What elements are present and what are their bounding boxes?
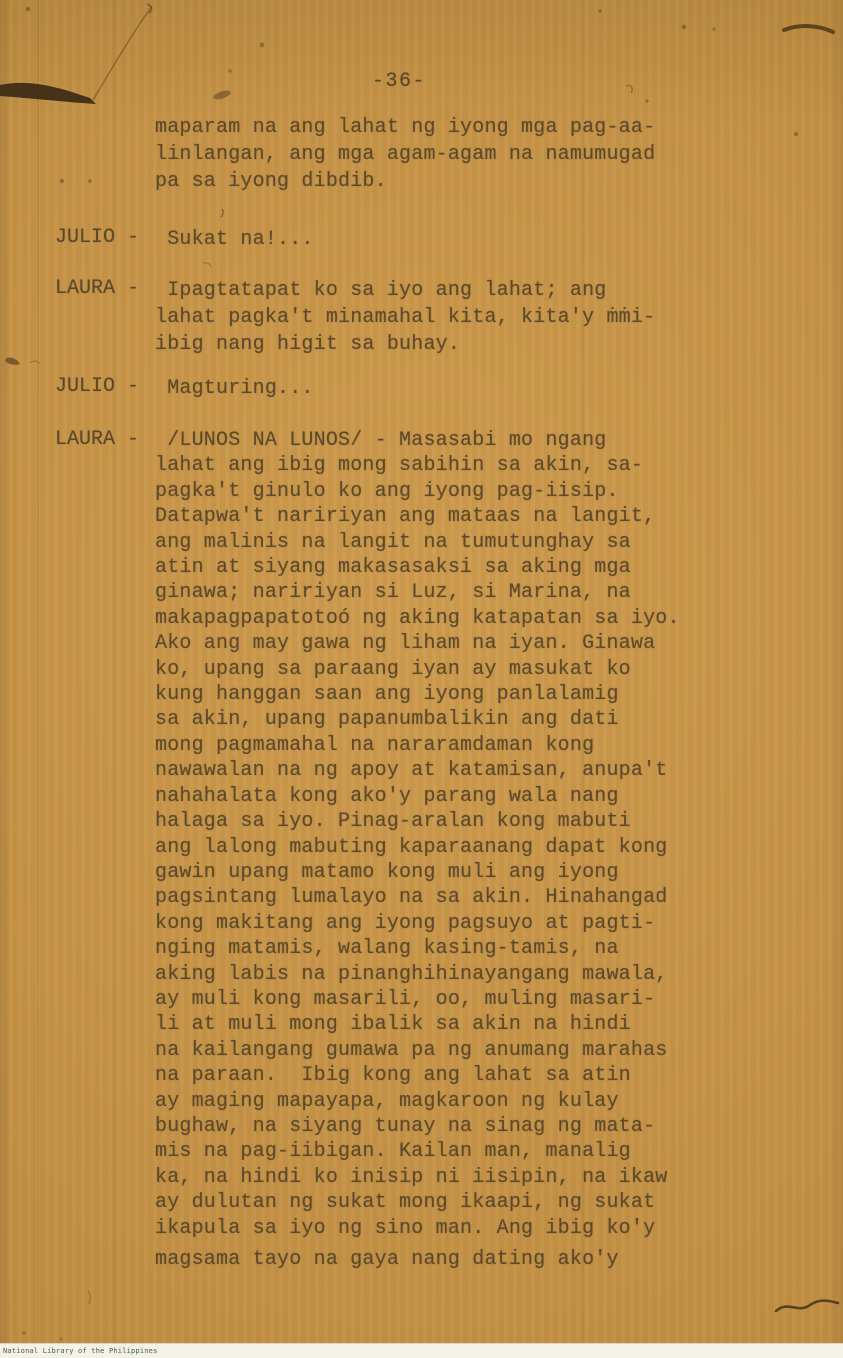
- smudge-top-left: [212, 89, 231, 101]
- text-line: atin at siyang makasasaksi sa aking mga: [155, 555, 823, 580]
- text-line: ikapula sa iyo ng sino man. Ang ibig ko'…: [155, 1216, 823, 1241]
- dialogue-lines: /LUNOS NA LUNOS/ - Masasabi mo ngang lah…: [155, 428, 823, 1272]
- dialogue-block-julio-2: JULIO - Magturing...: [55, 375, 823, 402]
- text-line: kung hanggan saan ang iyong panlalamig: [155, 682, 823, 707]
- text-line: ka, na hindi ko inisip ni iisipin, na ik…: [155, 1165, 823, 1190]
- speck-left-edge: [5, 357, 20, 364]
- document-page: -36- maparam na ang lahat ng iyong mga p…: [0, 0, 843, 1358]
- speaker-label: JULIO -: [55, 375, 139, 398]
- text-line: pagka't ginulo ko ang iyong pag-iisip.: [155, 479, 823, 504]
- dialogue-lines: Sukat na!...: [155, 226, 823, 253]
- apostrophe-mark: [221, 209, 223, 217]
- text-line: ay maging mapayapa, magkaroon ng kulay: [155, 1089, 823, 1114]
- text-line: halaga sa iyo. Pinag-aralan kong mabuti: [155, 809, 823, 834]
- ink-dot: [712, 27, 715, 30]
- ink-dot: [26, 7, 30, 11]
- ink-dot: [22, 1331, 26, 1335]
- speaker-label: JULIO -: [55, 226, 139, 249]
- text-line: ay dulutan ng sukat mong ikaapi, ng suka…: [155, 1190, 823, 1215]
- ink-dot: [228, 69, 231, 72]
- ink-dot: [682, 25, 686, 29]
- ink-squiggle: [147, 4, 151, 13]
- faint-mark-bottom-left: [88, 1291, 90, 1304]
- text-line: ko, upang sa paraang iyan ay masukat ko: [155, 657, 823, 682]
- streak-top-right: [783, 26, 834, 33]
- ink-dot: [645, 99, 649, 103]
- text-line: mong pagmamahal na nararamdaman kong: [155, 733, 823, 758]
- dialogue-lines: Ipagtatapat ko sa iyo ang lahat; ang lah…: [155, 277, 823, 358]
- text-line: gawin upang matamo kong muli ang iyong: [155, 860, 823, 885]
- text-line: ginawa; naririyan si Luz, si Marina, na: [155, 580, 823, 605]
- text-line: lahat ang ibig mong sabihin sa akin, sa-: [155, 453, 823, 478]
- footer-library-label: National Library of the Philippines: [3, 1347, 158, 1355]
- text-line: sa akin, upang papanumbalikin ang dati: [155, 707, 823, 732]
- page-number: -36-: [372, 70, 426, 93]
- text-line: li at muli mong ibalik sa akin na hindi: [155, 1012, 823, 1037]
- text-line: ang lalong mabuting kaparaanang dapat ko…: [155, 835, 823, 860]
- faint-mark: [30, 361, 40, 364]
- text-line: ang malinis na langit na tumutunghay sa: [155, 530, 823, 555]
- text-line: makapagpapatotoó ng aking katapatan sa i…: [155, 606, 823, 631]
- text-line: lahat pagka't minamahal kita, kita'y ṁṁi…: [155, 304, 823, 331]
- tear-mark-top-left: [0, 83, 96, 104]
- text-line: linlangan, ang mga agam-agam na namumuga…: [155, 141, 823, 168]
- text-line: mis na pag-iibigan. Kailan man, manalig: [155, 1139, 823, 1164]
- speaker-label: LAURA -: [55, 277, 139, 300]
- text-line: maparam na ang lahat ng iyong mga pag-aa…: [155, 114, 823, 141]
- text-line: ibig nang higit sa buhay.: [155, 331, 823, 358]
- text-line: /LUNOS NA LUNOS/ - Masasabi mo ngang: [155, 428, 823, 453]
- text-line: Ako ang may gawa ng liham na iyan. Ginaw…: [155, 631, 823, 656]
- ink-dot: [260, 43, 265, 48]
- text-line: ay muli kong masarili, oo, muling masari…: [155, 987, 823, 1012]
- paragraph-lines: maparam na ang lahat ng iyong mga pag-aa…: [155, 114, 823, 195]
- text-line: aking labis na pinanghihinayangang mawal…: [155, 962, 823, 987]
- streak-top-right-ink: [784, 26, 833, 32]
- ink-squiggle: [626, 85, 632, 93]
- paper-crease: [37, 0, 39, 1343]
- dialogue-block-laura-1: LAURA - Ipagtatapat ko sa iyo ang lahat;…: [55, 277, 823, 358]
- paragraph-continuation: maparam na ang lahat ng iyong mga pag-aa…: [55, 114, 823, 195]
- text-line: kong makitang ang iyong pagsuyo at pagti…: [155, 911, 823, 936]
- dialogue-block-laura-2: LAURA - /LUNOS NA LUNOS/ - Masasabi mo n…: [55, 428, 823, 1272]
- squiggle-bottom-right: [776, 1301, 838, 1311]
- text-line: na kailangang gumawa pa ng anumang marah…: [155, 1038, 823, 1063]
- dialogue-lines: Magturing...: [155, 375, 823, 402]
- crease-scratch-top-left: [93, 6, 152, 100]
- speaker-label: LAURA -: [55, 428, 139, 451]
- text-line: pagsintang lumalayo na sa akin. Hinahang…: [155, 885, 823, 910]
- footer-bar: National Library of the Philippines: [0, 1343, 843, 1358]
- faint-mark: [203, 263, 211, 267]
- text-line: Ipagtatapat ko sa iyo ang lahat; ang: [155, 277, 823, 304]
- text-line: Magturing...: [155, 375, 823, 402]
- ink-dot: [598, 9, 601, 12]
- ink-dot: [60, 1338, 63, 1341]
- text-line: na paraan. Ibig kong ang lahat sa atin: [155, 1063, 823, 1088]
- text-line: Datapwa't naririyan ang mataas na langit…: [155, 504, 823, 529]
- text-line: bughaw, na siyang tunay na sinag ng mata…: [155, 1114, 823, 1139]
- dialogue-block-julio-1: JULIO - Sukat na!...: [55, 226, 823, 253]
- text-line: nawawalan na ng apoy at katamisan, anupa…: [155, 758, 823, 783]
- text-line: nahahalata kong ako'y parang wala nang: [155, 784, 823, 809]
- text-line: Sukat na!...: [155, 226, 823, 253]
- text-line: magsama tayo na gaya nang dating ako'y: [155, 1247, 823, 1272]
- text-line: pa sa iyong dibdib.: [155, 168, 823, 195]
- text-line: nging matamis, walang kasing-tamis, na: [155, 936, 823, 961]
